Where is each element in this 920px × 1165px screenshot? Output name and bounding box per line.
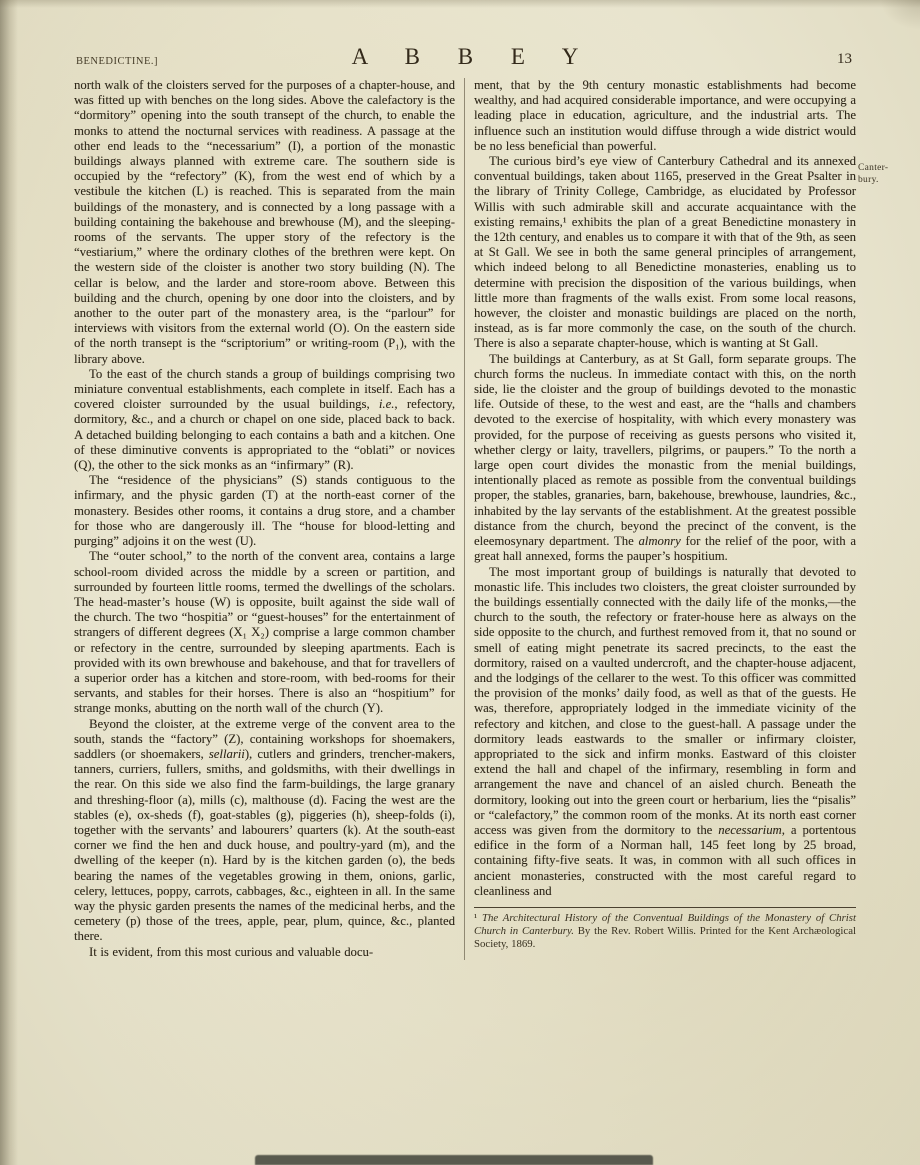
page-title: A B B E Y: [74, 44, 856, 70]
page-header: BENEDICTINE.] A B B E Y 13: [74, 44, 856, 70]
footnote: ¹ The Architectural History of the Conve…: [474, 907, 856, 952]
paragraph: The “outer school,” to the north of the …: [74, 549, 455, 716]
margin-note-canterbury: Canter- bury.: [858, 163, 916, 186]
scan-artifact-bottom-bar: [255, 1155, 653, 1165]
paragraph: It is evident, from this most curious an…: [74, 945, 455, 960]
margin-note-line2: bury.: [858, 175, 879, 185]
page-number: 13: [837, 51, 852, 68]
scan-edge-shadow-left: [0, 0, 18, 1165]
right-column-text: ment, that by the 9th century monastic e…: [474, 78, 856, 899]
paragraph: The “residence of the physicians” (S) st…: [74, 473, 455, 549]
footnote-text: ¹ The Architectural History of the Conve…: [474, 912, 856, 952]
paragraph: ment, that by the 9th century monastic e…: [474, 78, 856, 154]
text-columns: north walk of the cloisters served for t…: [74, 78, 856, 960]
footnote-rule: [474, 907, 856, 908]
paragraph: The curious bird’s eye view of Canterbur…: [474, 154, 856, 352]
scan-corner-smudge: [880, 0, 920, 30]
right-column: ment, that by the 9th century monastic e…: [464, 78, 856, 960]
paragraph: Beyond the cloister, at the extreme verg…: [74, 717, 455, 945]
paragraph: The buildings at Canterbury, as at St Ga…: [474, 352, 856, 565]
left-column: north walk of the cloisters served for t…: [74, 78, 464, 960]
paragraph: To the east of the church stands a group…: [74, 367, 455, 473]
paragraph: north walk of the cloisters served for t…: [74, 78, 455, 367]
scan-edge-shadow-top: [0, 0, 920, 8]
scanned-book-page: BENEDICTINE.] A B B E Y 13 north walk of…: [0, 0, 920, 1165]
paragraph: The most important group of buildings is…: [474, 565, 856, 899]
margin-note-line1: Canter-: [858, 163, 888, 173]
